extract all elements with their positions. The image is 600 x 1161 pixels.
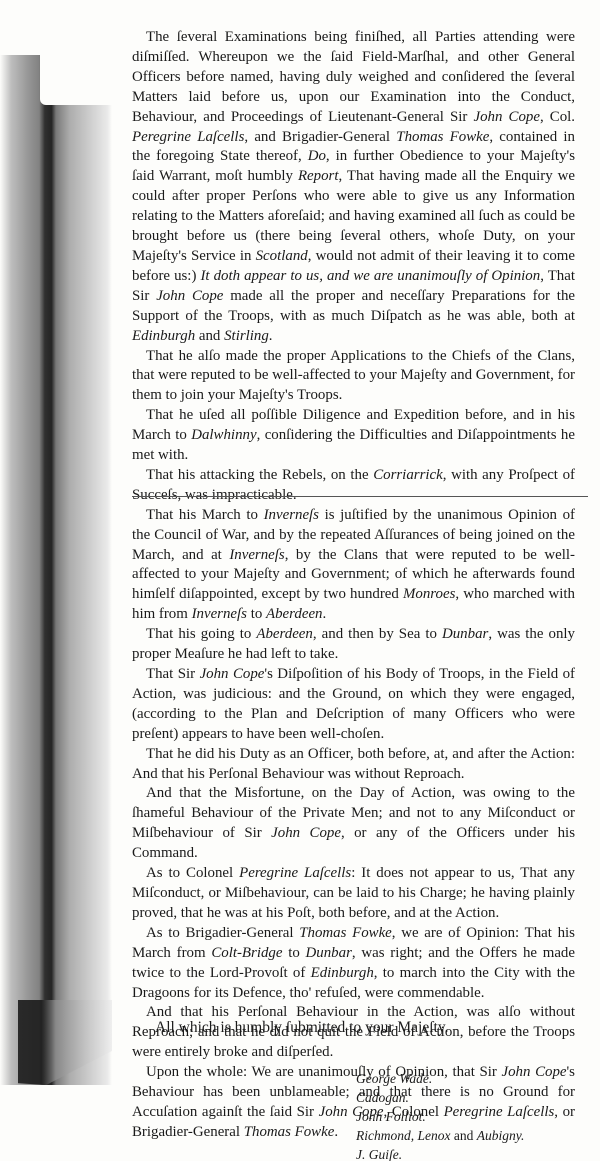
text-span: . [323,606,327,622]
italic-name-span: John Cope [473,109,539,125]
text-span: That he alſo made the proper Application… [132,348,575,404]
italic-name-span: Scotland [256,248,308,264]
text-span: . [269,328,273,344]
paragraph: That his attacking the Rebels, on the Co… [132,466,575,506]
italic-name-span: Report [298,168,339,184]
italic-name-span: John Cope [200,666,265,682]
italic-name-span: Do [308,148,326,164]
text-span: That his going to [146,626,256,642]
paragraph: That his March to Inverneſs is juſtified… [132,506,575,625]
document-body: The ſeveral Examinations being finiſhed,… [132,28,575,1143]
binding-torn-edge [40,55,112,105]
italic-name-span: Dunbar [306,945,352,961]
signature-cadogan: Cadogan. [356,1088,524,1107]
paragraph: And that the Misfortune, on the Day of A… [132,784,575,864]
paragraph: As to Colonel Peregrine Laſcells: It doe… [132,864,575,924]
signature-guise: J. Guiſe. [356,1145,524,1161]
paragraph: That he uſed all poſſible Diligence and … [132,406,575,466]
signature-block: George Wade. Cadogan. John Folliot. Rich… [356,1069,524,1161]
text-span: That his attacking the Rebels, on the [146,467,373,483]
text-span: That he did his Duty as an Officer, both… [132,746,575,782]
paragraph: That Sir John Cope's Diſpoſition of his … [132,665,575,745]
signature-richmond-and: and [450,1128,476,1143]
italic-name-span: Edinburgh [311,965,374,981]
page-fold-crease [132,496,588,497]
book-binding-shadow [0,55,112,1085]
italic-name-span: Monroes [403,586,455,602]
italic-name-span: Dunbar [442,626,488,642]
italic-name-span: Aberdeen [266,606,323,622]
italic-name-span: Peregrine Laſcells [239,865,351,881]
italic-name-span: Edinburgh [132,328,195,344]
paragraph: As to Brigadier-General Thomas Fowke, we… [132,924,575,1004]
signature-richmond-aubigny: Aubigny. [477,1128,525,1143]
italic-name-span: It doth appear to us, and we are unanimo… [200,268,540,284]
italic-name-span: Thomas Fowke [299,925,392,941]
italic-name-span: Dalwhinny [191,427,256,443]
text-span: , Col. [540,109,575,125]
text-span: As to Brigadier-General [146,925,299,941]
text-span: . [334,1124,338,1140]
paragraph: That he alſo made the proper Application… [132,347,575,407]
text-span: and [195,328,224,344]
text-span: That Sir [146,666,200,682]
signature-richmond: Richmond, Lenox and Aubigny. [356,1126,524,1145]
italic-name-span: John Cope [156,288,223,304]
paragraph: That his going to Aberdeen, and then by … [132,625,575,665]
italic-name-span: Inverneſs [229,547,284,563]
text-span: , and Brigadier-General [244,129,396,145]
italic-name-span: Colt-Bridge [211,945,282,961]
italic-name-span: Corriarrick [373,467,443,483]
italic-name-span: Aberdeen [256,626,313,642]
signature-richmond-name: Richmond, Lenox [356,1128,450,1143]
text-span: to [282,945,305,961]
text-span: , and then by Sea to [313,626,442,642]
paragraph: That he did his Duty as an Officer, both… [132,745,575,785]
italic-name-span: Thomas Fowke [244,1124,335,1140]
signature-folliot: John Folliot. [356,1107,524,1126]
italic-name-span: John Cope [271,825,341,841]
italic-name-span: Stirling [224,328,269,344]
italic-name-span: Inverneſs [192,606,247,622]
italic-name-span: Thomas Fowke [396,129,489,145]
text-span: to [247,606,266,622]
signature-wade: George Wade. [356,1069,524,1088]
closing-line: All which is humbly ſubmitted to your Ma… [155,1019,448,1037]
paragraph: The ſeveral Examinations being finiſhed,… [132,28,575,347]
text-span: That his March to [146,507,264,523]
text-span: As to Colonel [146,865,239,881]
italic-name-span: Inverneſs [264,507,319,523]
italic-name-span: Peregrine Laſcells [132,129,244,145]
